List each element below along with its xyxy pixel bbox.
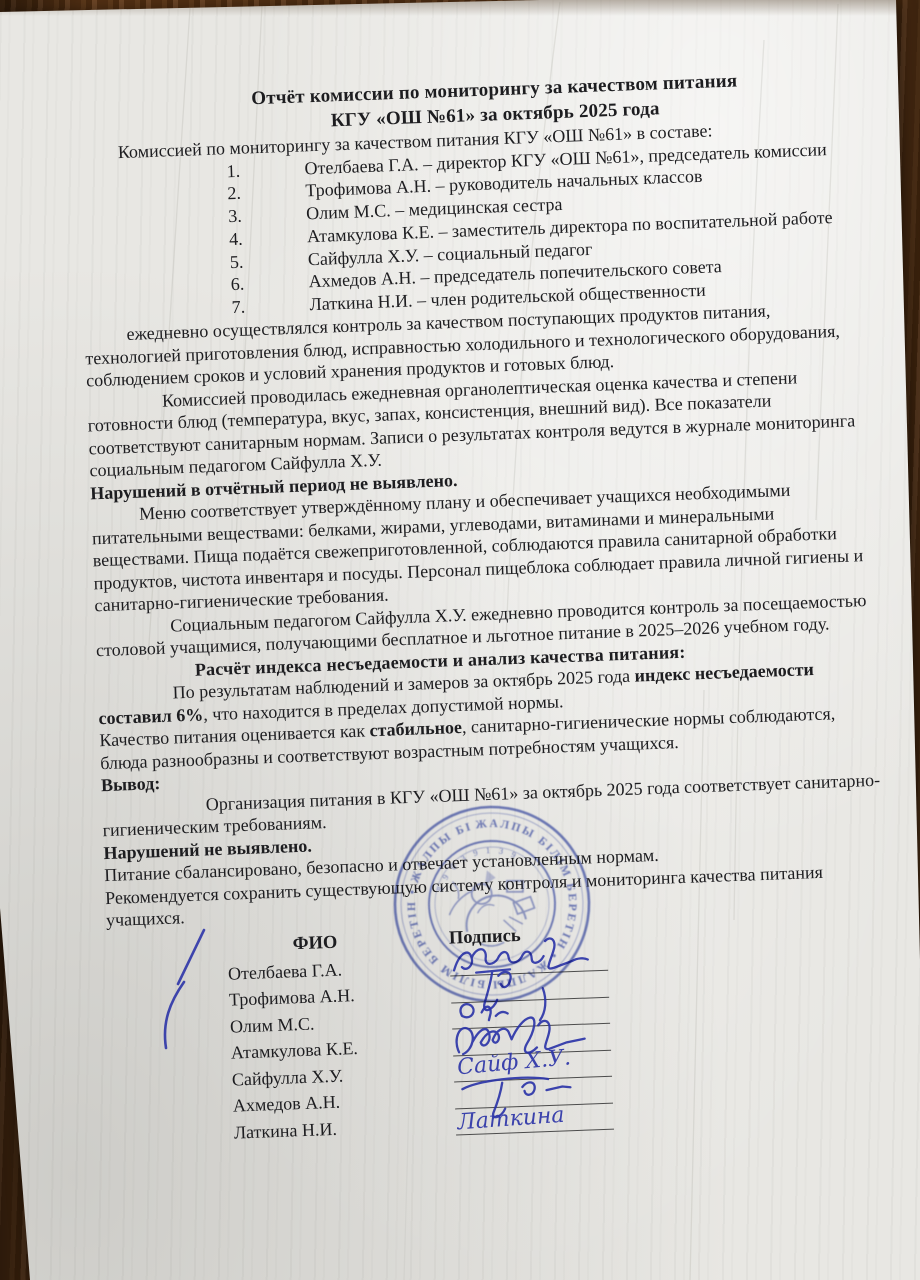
stamp-ring-text: ЖАЛПЫ БІЛІМ БЕРЕТІН • ЖАЛПЫ БІЛІМ БЕРЕТІ… [390, 802, 594, 1006]
official-stamp: ЖАЛПЫ БІЛІМ БЕРЕТІН • ЖАЛПЫ БІЛІМ БЕРЕТІ… [335, 747, 648, 1060]
member-number: 6. [230, 271, 309, 297]
paper-sheet: Отчёт комиссии по мониторингу за качеств… [0, 0, 920, 1280]
photo-of-document: { "document": { "title_line1": "Отчёт ко… [0, 0, 920, 1280]
document-page: Отчёт комиссии по мониторингу за качеств… [0, 0, 920, 1280]
member-number: 7. [231, 294, 310, 320]
svg-text:Латкина: Латкина [456, 1103, 566, 1136]
signature-latkina: Латкина [451, 1090, 619, 1142]
member-number: 3. [228, 202, 307, 228]
member-number: 4. [229, 225, 308, 251]
svg-text:ЖАЛПЫ БІЛІМ БЕРЕТІН • ЖАЛПЫ БІ: ЖАЛПЫ БІЛІМ БЕРЕТІН • ЖАЛПЫ БІЛІМ БЕРЕТІ… [390, 802, 594, 1006]
pen-slash-mark [152, 922, 222, 1062]
member-number: 2. [227, 180, 306, 206]
stamp-emblem [442, 862, 541, 953]
signer-name: Латкина Н.И. [221, 1114, 434, 1144]
commission-members-list: 1. Отелбаева Г.А. – директор КГУ «ОШ №61… [78, 136, 865, 324]
member-number: 5. [230, 248, 309, 274]
document-content: Отчёт комиссии по мониторингу за качеств… [76, 64, 901, 1280]
member-number: 1. [226, 157, 305, 183]
paper-edge-shadow [0, 0, 920, 16]
signature-line: Латкина [455, 1107, 614, 1136]
quality-text-bold: стабильное [369, 717, 462, 740]
